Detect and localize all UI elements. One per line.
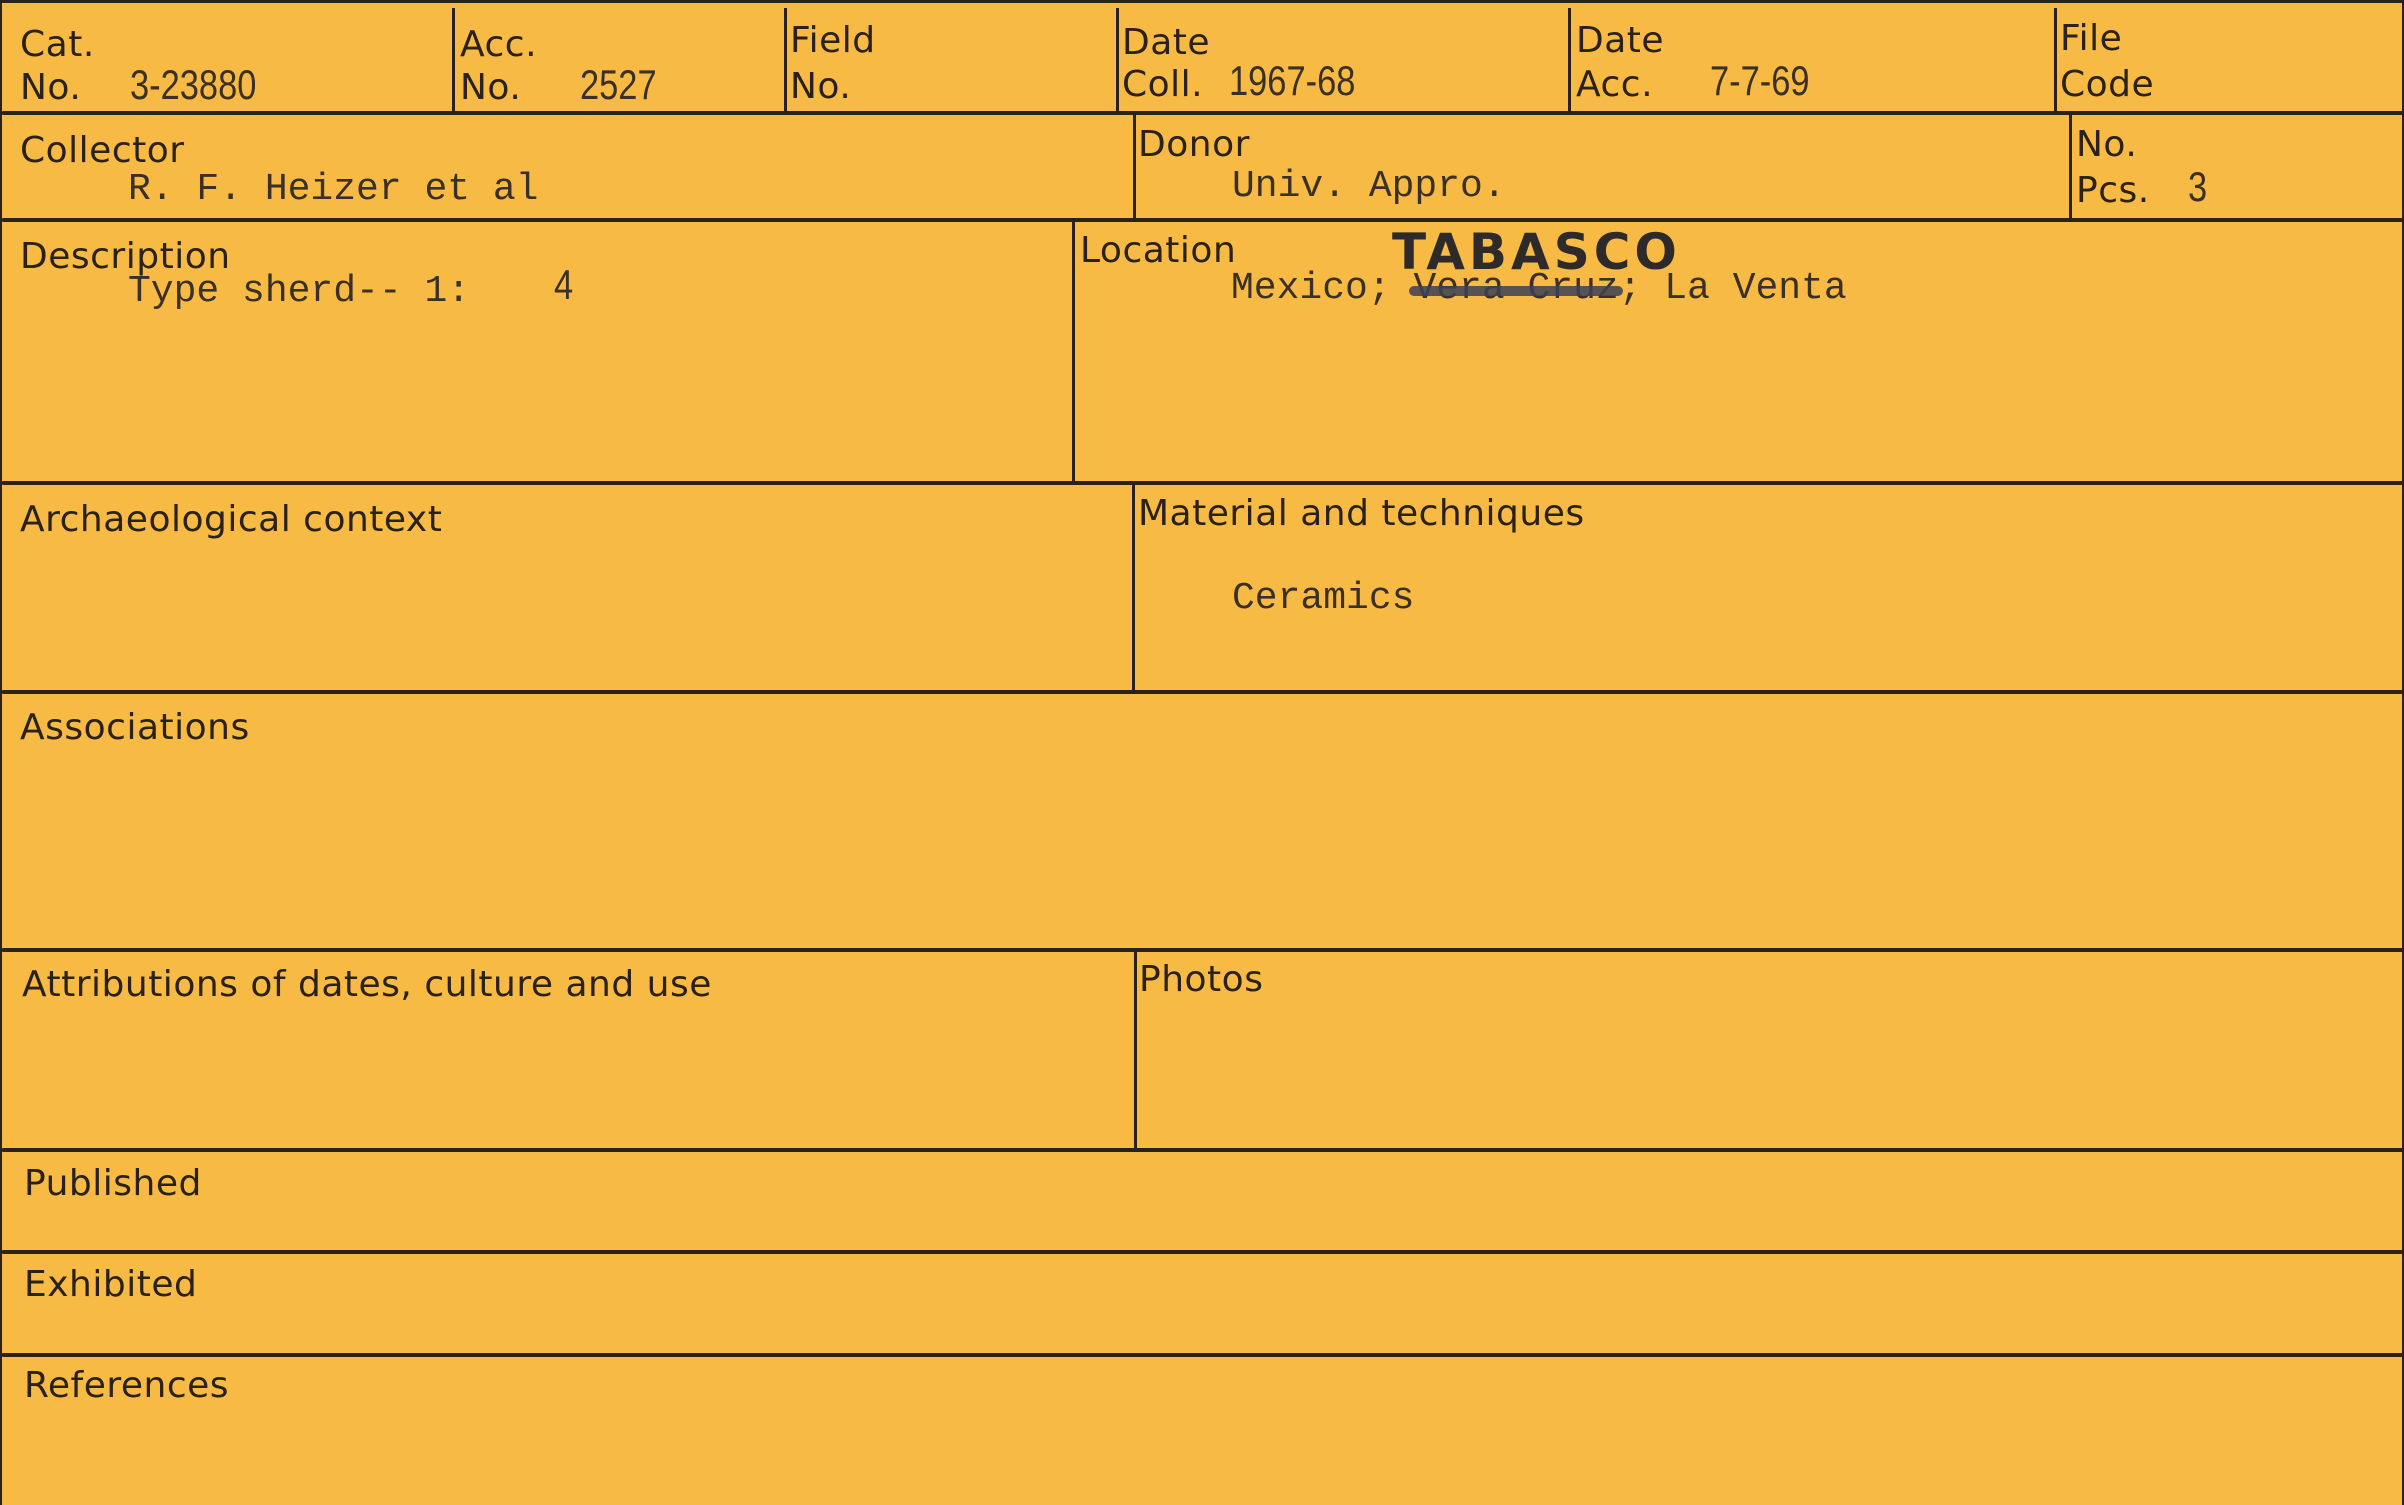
pieces-label-line1: No. xyxy=(2076,125,2137,165)
pieces-label-line2: Pcs. xyxy=(2076,171,2150,211)
divider-dateacc-filecode xyxy=(2054,8,2057,113)
material-value: Ceramics xyxy=(1232,578,1414,620)
cat-no-value: 3-23880 xyxy=(130,63,256,107)
pieces-value: 3 xyxy=(2188,165,2207,209)
rule-exhibited-bottom xyxy=(2,1353,2404,1357)
divider-cat-acc xyxy=(452,8,455,113)
divider-context-material xyxy=(1132,483,1135,692)
cat-no-label-line1: Cat. xyxy=(20,25,95,65)
acc-no-value: 2527 xyxy=(580,63,657,107)
rule-header-bottom xyxy=(2,111,2404,115)
collector-value: R. F. Heizer et al xyxy=(128,169,538,211)
date-coll-label-line1: Date xyxy=(1122,23,1210,63)
date-acc-label-line1: Date xyxy=(1576,21,1664,61)
description-value: Type sherd-- 1: xyxy=(128,271,470,313)
divider-datecoll-dateacc xyxy=(1568,8,1571,113)
references-label: References xyxy=(24,1366,229,1406)
location-value: Mexico; Vera Cruz; La Venta xyxy=(1231,268,1847,310)
divider-description-location xyxy=(1072,220,1075,483)
location-value-suffix: ; La Venta xyxy=(1619,267,1847,310)
collector-label: Collector xyxy=(20,131,185,171)
attributions-label: Attributions of dates, culture and use xyxy=(22,965,712,1005)
location-label: Location xyxy=(1080,231,1236,271)
field-no-label-line2: No. xyxy=(790,67,851,107)
divider-attributions-photos xyxy=(1134,950,1137,1150)
archaeological-context-label: Archaeological context xyxy=(20,500,442,540)
divider-donor-pieces xyxy=(2069,113,2072,220)
description-value-suffix: 4 xyxy=(554,263,573,307)
field-no-label-line1: Field xyxy=(790,21,876,61)
divider-field-datecoll xyxy=(1116,8,1119,113)
photos-label: Photos xyxy=(1139,960,1263,1000)
material-label: Material and techniques xyxy=(1138,494,1585,534)
file-code-label-line1: File xyxy=(2060,19,2122,59)
rule-description-bottom xyxy=(2,481,2404,485)
rule-context-bottom xyxy=(2,690,2404,694)
catalog-card: Cat. No. 3-23880 Acc. No. 2527 Field No.… xyxy=(0,0,2404,1505)
donor-value: Univ. Appro. xyxy=(1232,166,1506,208)
divider-collector-donor xyxy=(1133,113,1136,220)
date-coll-value: 1967-68 xyxy=(1229,59,1355,103)
associations-label: Associations xyxy=(20,708,250,748)
cat-no-label-line2: No. xyxy=(20,68,81,108)
acc-no-label-line1: Acc. xyxy=(460,25,537,65)
rule-collector-bottom xyxy=(2,218,2404,222)
location-value-struck: Vera Cruz xyxy=(1413,268,1618,310)
rule-published-bottom xyxy=(2,1250,2404,1254)
donor-label: Donor xyxy=(1138,125,1250,165)
file-code-label-line2: Code xyxy=(2060,65,2154,105)
rule-associations-bottom xyxy=(2,948,2404,952)
date-acc-label-line2: Acc. xyxy=(1576,65,1653,105)
divider-acc-field xyxy=(784,8,787,113)
rule-attributions-bottom xyxy=(2,1148,2404,1152)
published-label: Published xyxy=(24,1164,202,1204)
location-value-prefix: Mexico; xyxy=(1231,267,1413,310)
date-coll-label-line2: Coll. xyxy=(1122,65,1203,105)
date-acc-value: 7-7-69 xyxy=(1710,59,1810,103)
acc-no-label-line2: No. xyxy=(460,68,521,108)
exhibited-label: Exhibited xyxy=(24,1265,197,1305)
